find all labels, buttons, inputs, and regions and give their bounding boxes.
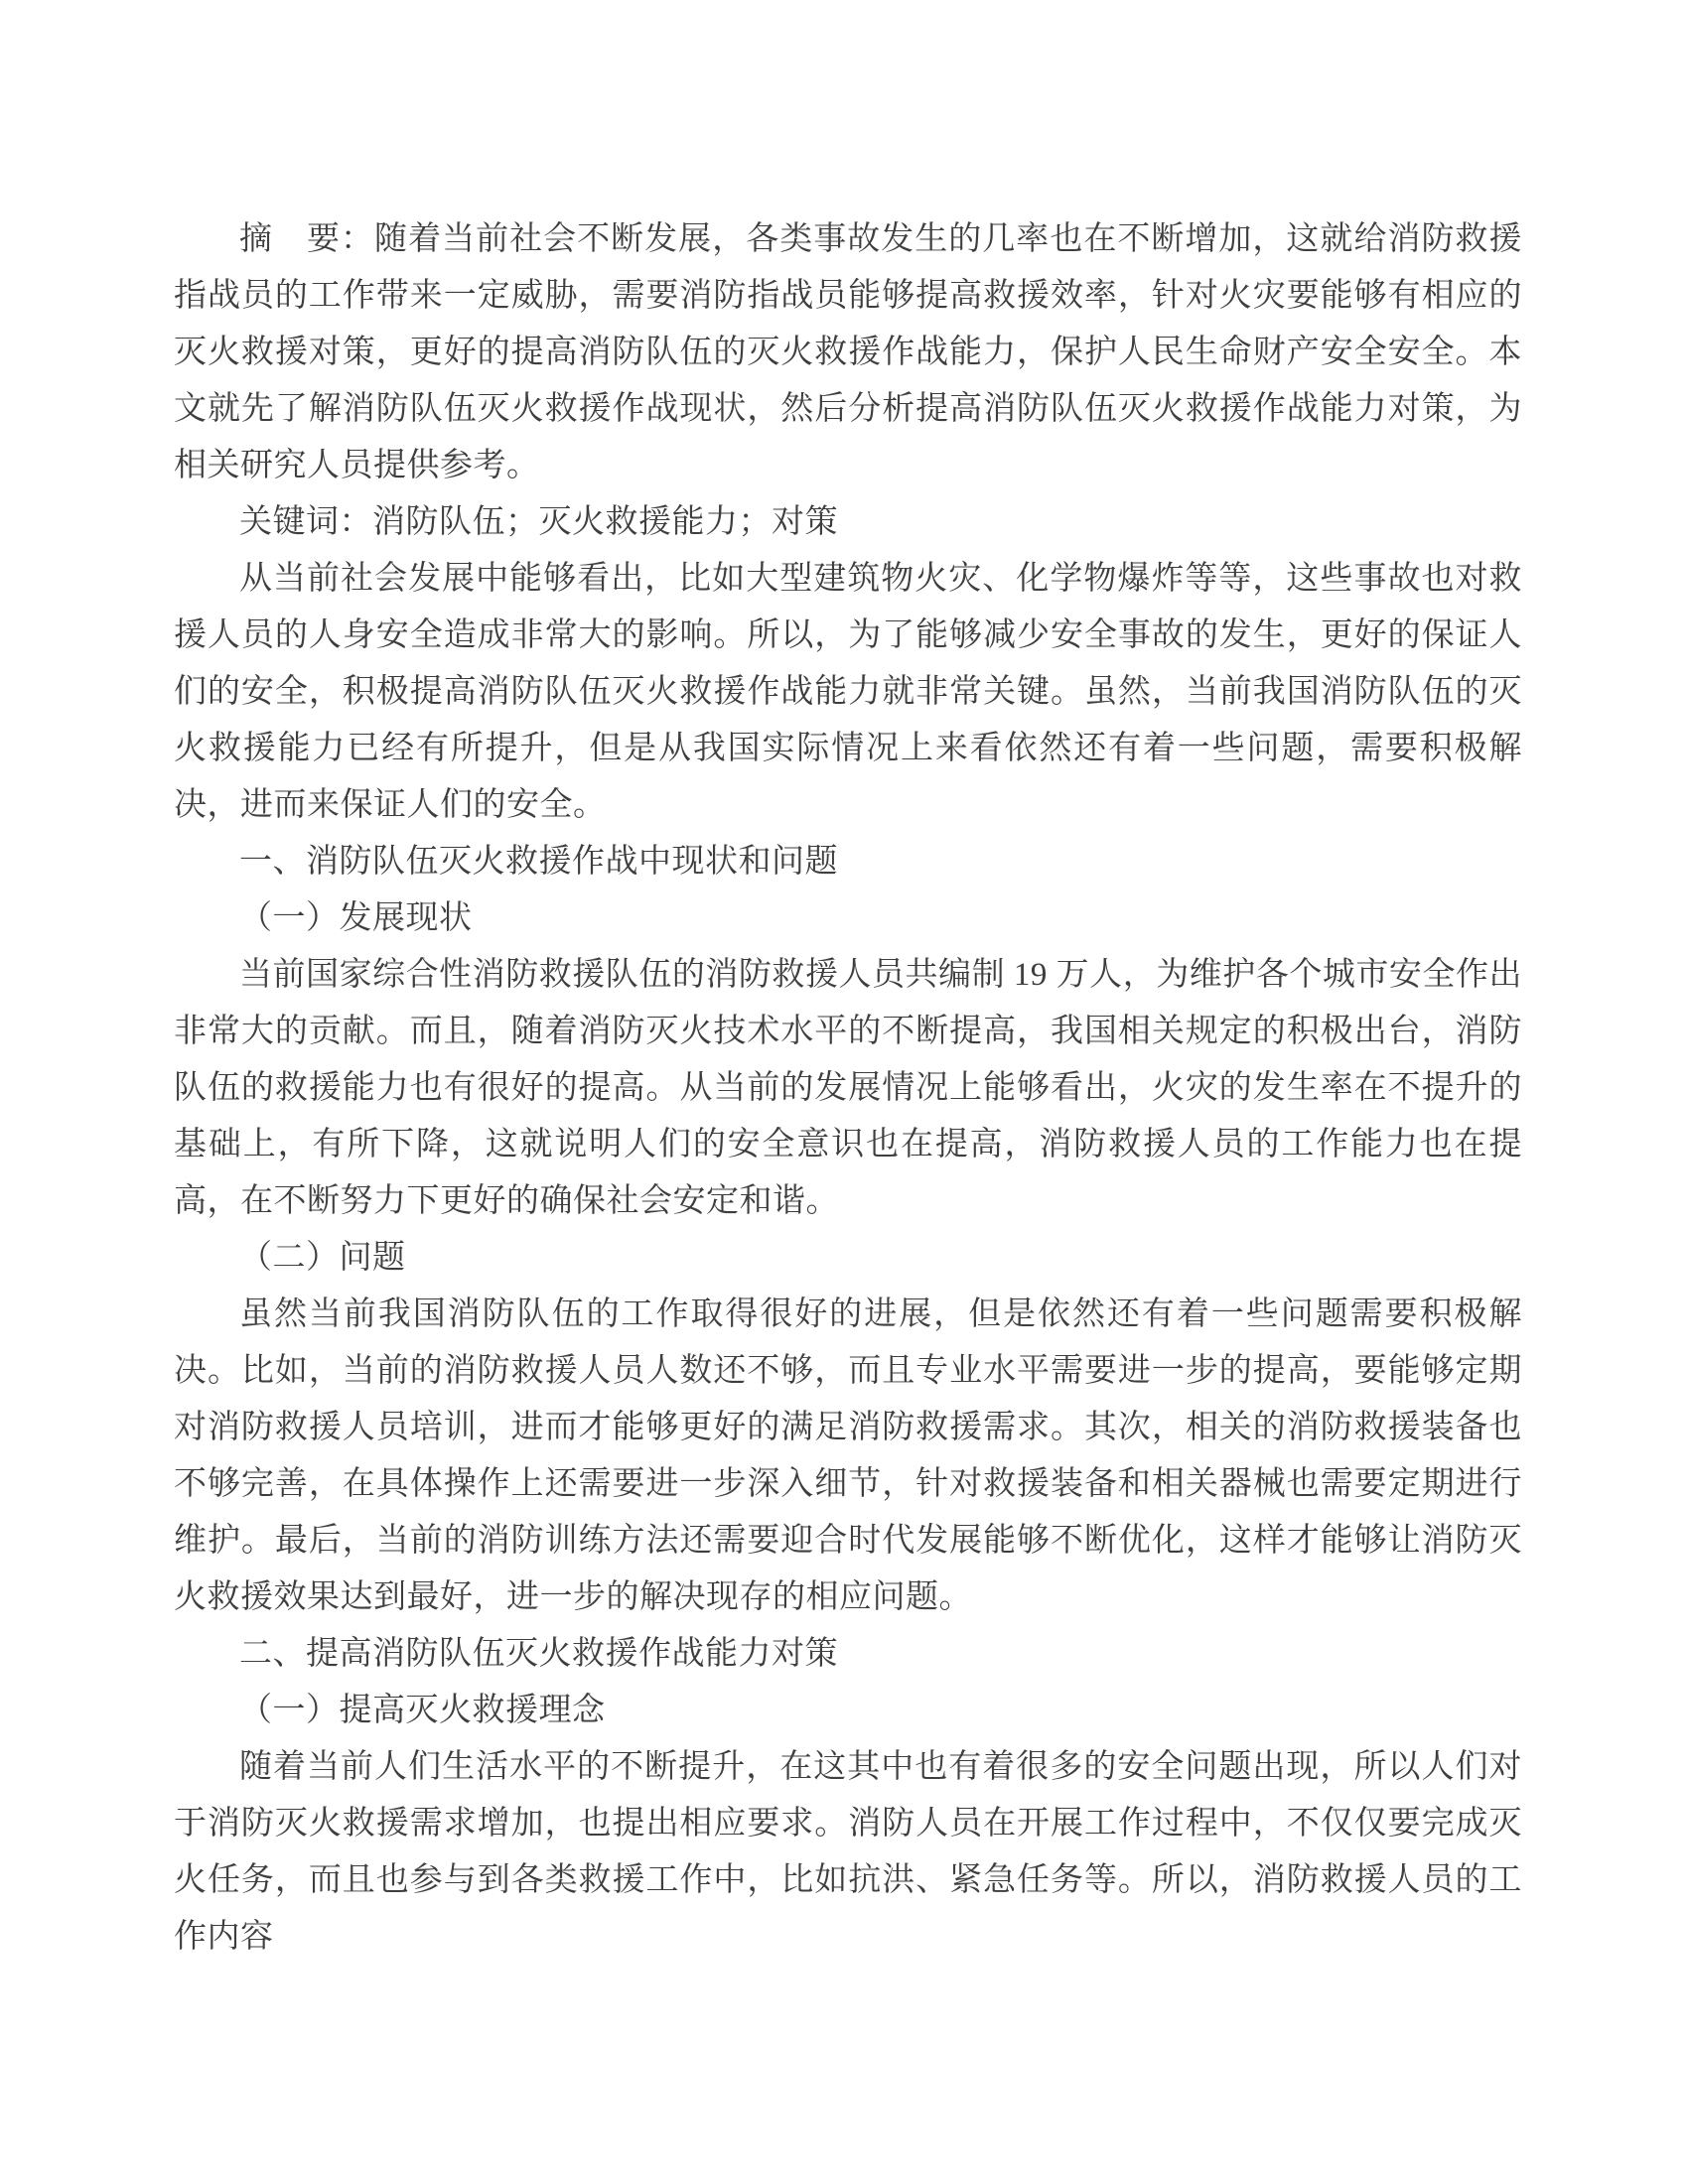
document-page: 摘 要：随着当前社会不断发展，各类事故发生的几率也在不断增加，这就给消防救援指战…: [0, 0, 1688, 2184]
section-1-2-heading: （二）问题: [174, 1230, 1522, 1287]
section-2-1-heading: （一）提高灭火救援理念: [174, 1683, 1522, 1739]
section-1-2-paragraph: 虽然当前我国消防队伍的工作取得很好的进展，但是依然还有着一些问题需要积极解决。比…: [174, 1287, 1522, 1626]
keywords-line: 关键词：消防队伍；灭火救援能力；对策: [174, 494, 1522, 551]
document-content: 摘 要：随着当前社会不断发展，各类事故发生的几率也在不断增加，这就给消防救援指战…: [174, 211, 1522, 1966]
intro-paragraph: 从当前社会发展中能够看出，比如大型建筑物火灾、化学物爆炸等等，这些事故也对救援人…: [174, 551, 1522, 834]
abstract-paragraph: 摘 要：随着当前社会不断发展，各类事故发生的几率也在不断增加，这就给消防救援指战…: [174, 211, 1522, 494]
section-2-1-paragraph: 随着当前人们生活水平的不断提升，在这其中也有着很多的安全问题出现，所以人们对于消…: [174, 1739, 1522, 1966]
section-1-heading: 一、消防队伍灭火救援作战中现状和问题: [174, 834, 1522, 890]
section-1-1-heading: （一）发展现状: [174, 890, 1522, 947]
section-1-1-paragraph: 当前国家综合性消防救援队伍的消防救援人员共编制 19 万人，为维护各个城市安全作…: [174, 947, 1522, 1230]
section-2-heading: 二、提高消防队伍灭火救援作战能力对策: [174, 1626, 1522, 1683]
